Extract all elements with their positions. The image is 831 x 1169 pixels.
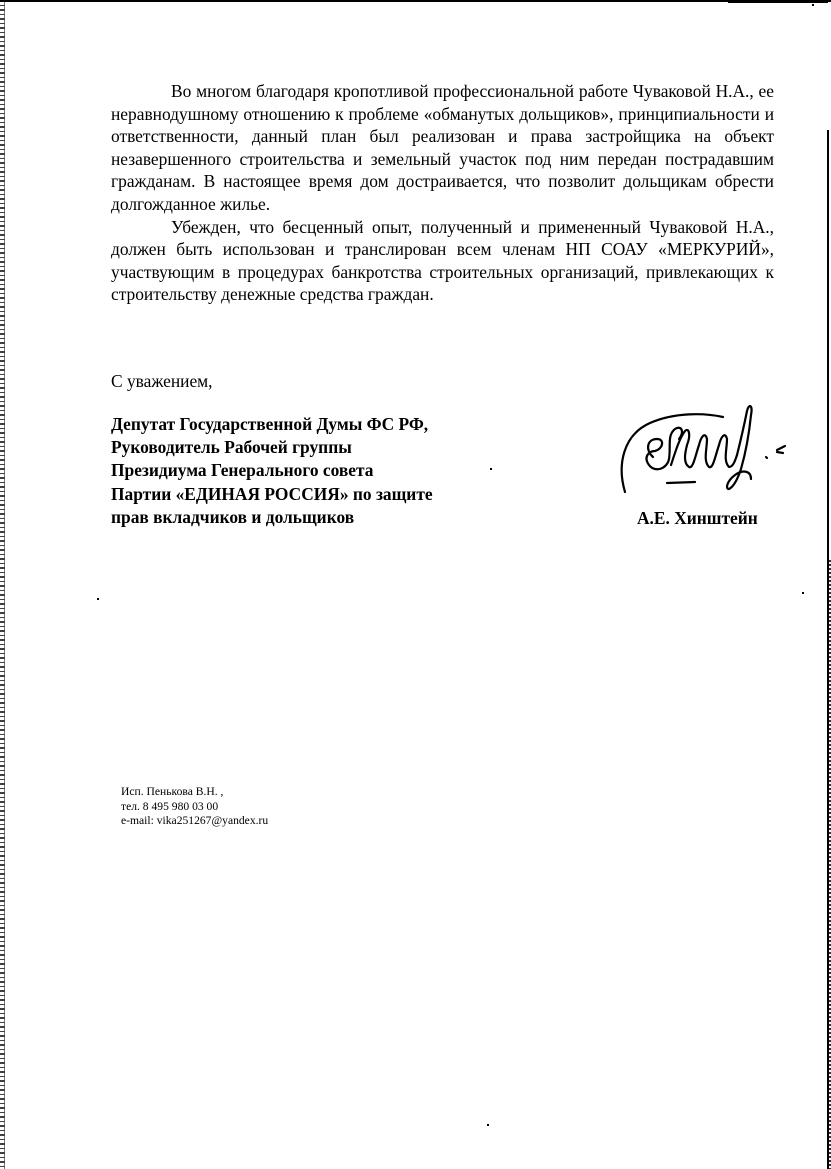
- letter-body: Во многом благодаря кропотливой професси…: [111, 80, 774, 306]
- scan-speck: [97, 598, 99, 600]
- signer-title-line: Президиума Генерального совета: [111, 459, 511, 482]
- scan-speck: [487, 1124, 489, 1126]
- signer-title-line: прав вкладчиков и дольщиков: [111, 506, 511, 529]
- executor-email: e-mail: vika251267@yandex.ru: [121, 814, 268, 829]
- signer-name: А.Е. Хинштейн: [637, 507, 758, 529]
- signer-title-line: Депутат Государственной Думы ФС РФ,: [111, 413, 511, 436]
- signer-title: Депутат Государственной Думы ФС РФ, Руко…: [111, 413, 511, 529]
- signer-title-line: Партии «ЕДИНАЯ РОССИЯ» по защите: [111, 483, 511, 506]
- executor-contacts: Исп. Пенькова В.Н. , тел. 8 495 980 03 0…: [121, 785, 268, 829]
- paragraph-2: Убежден, что бесценный опыт, полученный …: [111, 216, 774, 306]
- executor-phone: тел. 8 495 980 03 00: [121, 800, 268, 815]
- signature-icon: [605, 395, 795, 505]
- scan-edge-left: [0, 0, 5, 1169]
- executor-name: Исп. Пенькова В.Н. ,: [121, 785, 268, 800]
- scan-speck: [802, 592, 804, 594]
- scan-edge-top: [0, 0, 831, 2]
- paragraph-1: Во многом благодаря кропотливой професси…: [111, 80, 774, 216]
- scan-edge-top-mark: [728, 0, 828, 3]
- closing-salutation: С уважением,: [111, 370, 213, 392]
- scan-speck: [812, 4, 814, 6]
- signer-title-line: Руководитель Рабочей группы: [111, 436, 511, 459]
